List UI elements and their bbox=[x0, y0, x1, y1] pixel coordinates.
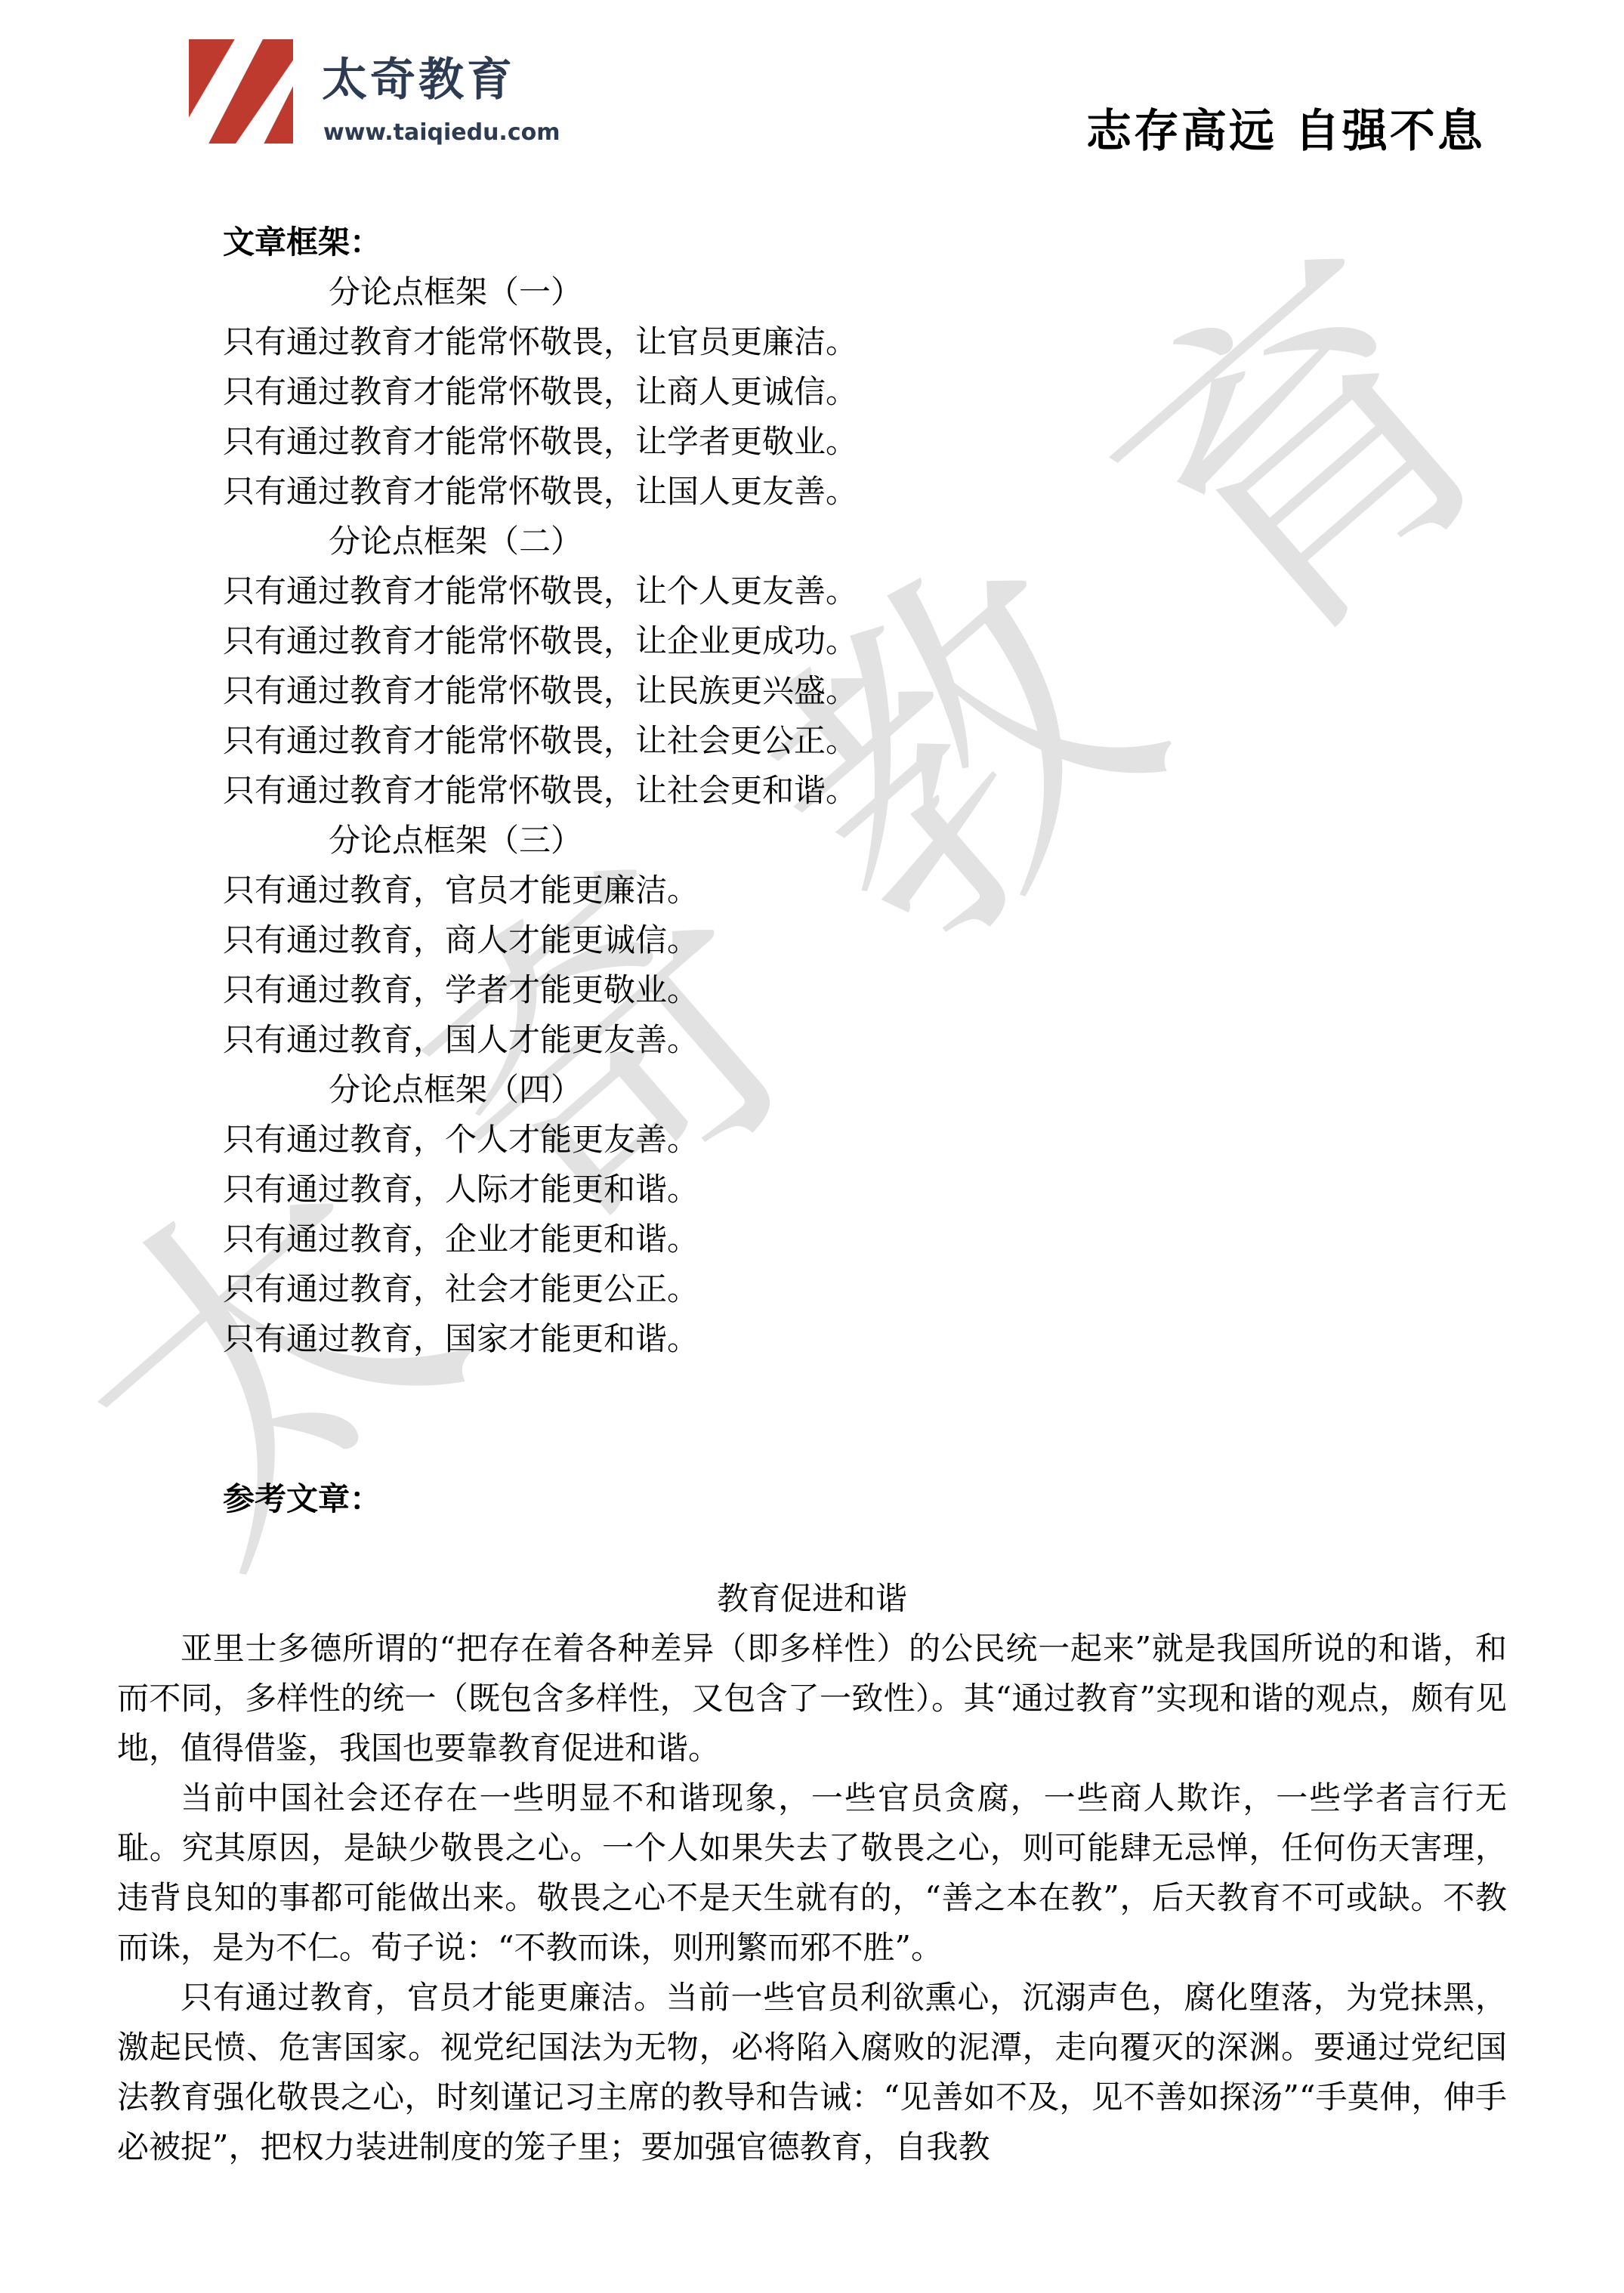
reference-paragraph-3: 只有通过教育，官员才能更廉洁。当前一些官员利欲熏心，沉溺声色，腐化堕落，为党抹黑… bbox=[117, 1973, 1507, 2172]
reference-article-block: 参考文章： 教育促进和谐 亚里士多德所谓的“把存在着各种差异（即多样性）的公民统… bbox=[117, 1474, 1507, 2172]
framework-line: 只有通过教育才能常怀敬畏，让民族更兴盛。 bbox=[223, 666, 1507, 716]
framework-line: 只有通过教育，学者才能更敬业。 bbox=[223, 965, 1507, 1015]
framework-line: 只有通过教育，社会才能更公正。 bbox=[223, 1264, 1507, 1314]
framework-line: 只有通过教育，商人才能更诚信。 bbox=[223, 915, 1507, 965]
framework-line: 只有通过教育才能常怀敬畏，让学者更敬业。 bbox=[223, 417, 1507, 467]
framework-line: 只有通过教育才能常怀敬畏，让企业更成功。 bbox=[223, 616, 1507, 666]
framework-line: 只有通过教育，企业才能更和谐。 bbox=[223, 1214, 1507, 1264]
framework-line: 只有通过教育，人际才能更和谐。 bbox=[223, 1165, 1507, 1214]
framework-section-title-4: 分论点框架（四） bbox=[329, 1065, 1507, 1115]
framework-line: 只有通过教育，官员才能更廉洁。 bbox=[223, 866, 1507, 915]
brand-website: www.taiqiedu.com bbox=[323, 119, 560, 146]
framework-line: 只有通过教育，个人才能更友善。 bbox=[223, 1115, 1507, 1165]
framework-section-title-1: 分论点框架（一） bbox=[329, 267, 1507, 317]
framework-line: 只有通过教育才能常怀敬畏，让社会更公正。 bbox=[223, 716, 1507, 766]
framework-line: 只有通过教育才能常怀敬畏，让官员更廉洁。 bbox=[223, 317, 1507, 367]
header-slogan: 志存高远 自强不息 bbox=[1086, 104, 1485, 159]
reference-article-title: 教育促进和谐 bbox=[117, 1574, 1507, 1624]
brand-name: 太奇教育 bbox=[322, 50, 515, 110]
framework-line: 只有通过教育，国人才能更友善。 bbox=[223, 1015, 1507, 1065]
article-framework-block: 文章框架： 分论点框架（一） 只有通过教育才能常怀敬畏，让官员更廉洁。 只有通过… bbox=[117, 218, 1507, 1364]
taiqi-logo bbox=[187, 39, 295, 144]
framework-section-title-2: 分论点框架（二） bbox=[329, 517, 1507, 566]
framework-line: 只有通过教育才能常怀敬畏，让国人更友善。 bbox=[223, 467, 1507, 517]
taiqi-logo-icon bbox=[187, 39, 295, 144]
framework-section-title-3: 分论点框架（三） bbox=[329, 816, 1507, 866]
framework-line: 只有通过教育才能常怀敬畏，让社会更和谐。 bbox=[223, 766, 1507, 816]
framework-line: 只有通过教育，国家才能更和谐。 bbox=[223, 1314, 1507, 1364]
reference-paragraph-2: 当前中国社会还存在一些明显不和谐现象，一些官员贪腐，一些商人欺诈，一些学者言行无… bbox=[117, 1773, 1507, 1973]
framework-line: 只有通过教育才能常怀敬畏，让商人更诚信。 bbox=[223, 367, 1507, 417]
reference-paragraph-1: 亚里士多德所谓的“把存在着各种差异（即多样性）的公民统一起来”就是我国所说的和谐… bbox=[117, 1624, 1507, 1773]
reference-heading: 参考文章： bbox=[223, 1474, 1507, 1524]
framework-heading: 文章框架： bbox=[223, 218, 1507, 267]
framework-line: 只有通过教育才能常怀敬畏，让个人更友善。 bbox=[223, 566, 1507, 616]
